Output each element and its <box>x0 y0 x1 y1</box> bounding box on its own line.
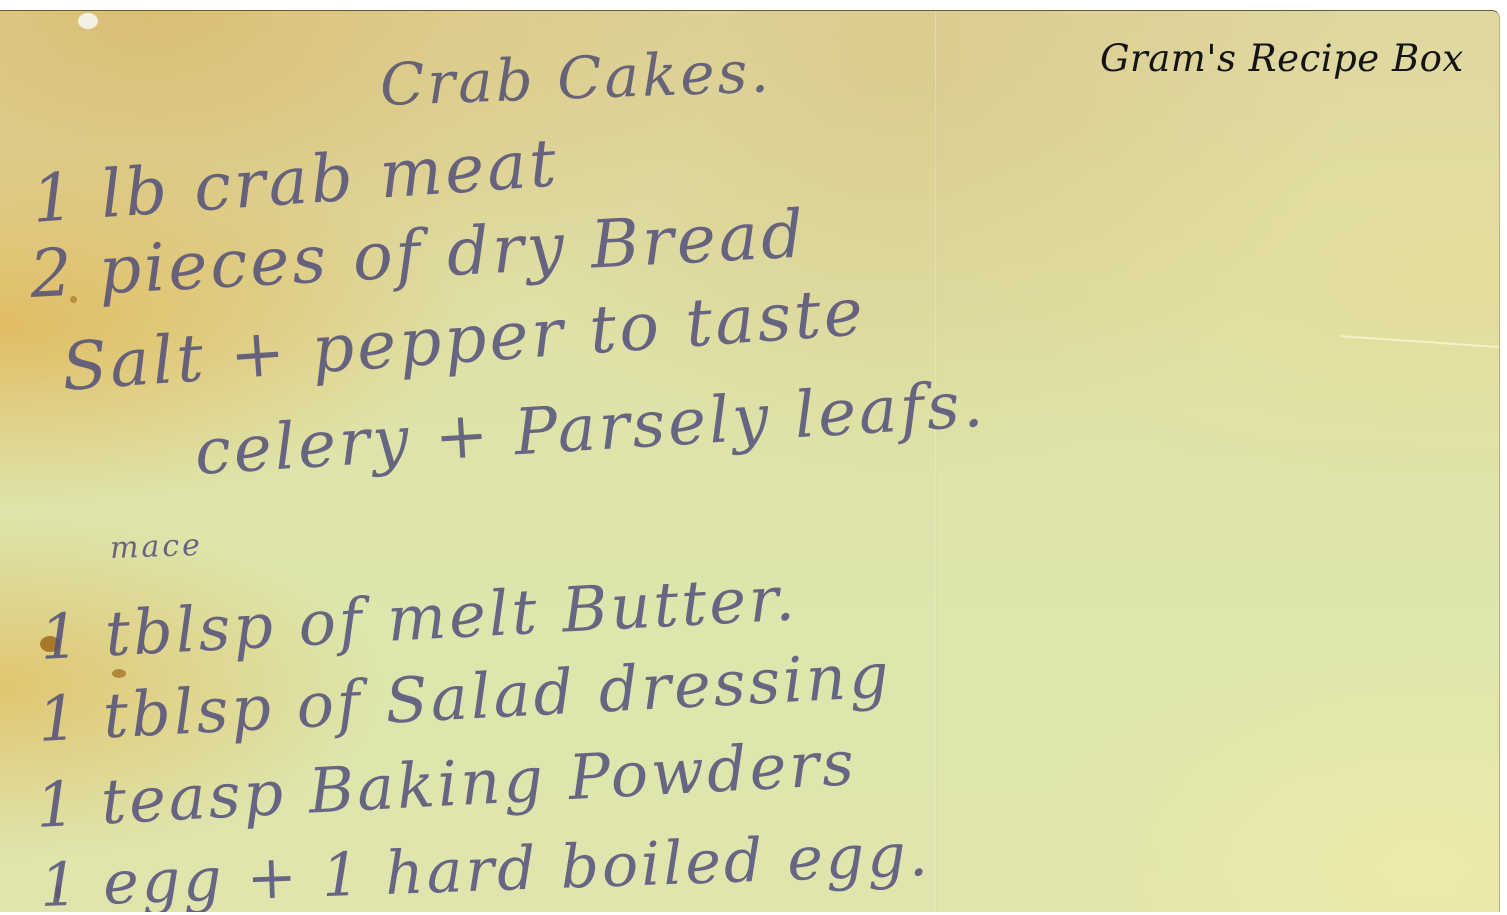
recipe-title: Crab Cakes. <box>379 37 773 119</box>
pin-hole <box>78 13 98 29</box>
stain-spot <box>112 669 126 678</box>
watermark-title: Gram's Recipe Box <box>1100 37 1464 80</box>
recipe-card: Gram's Recipe Box Crab Cakes. 1 lb crab … <box>0 10 1500 912</box>
paper-crease <box>1340 335 1500 349</box>
ingredient-note: mace <box>109 528 203 566</box>
paper-fold <box>935 11 937 912</box>
